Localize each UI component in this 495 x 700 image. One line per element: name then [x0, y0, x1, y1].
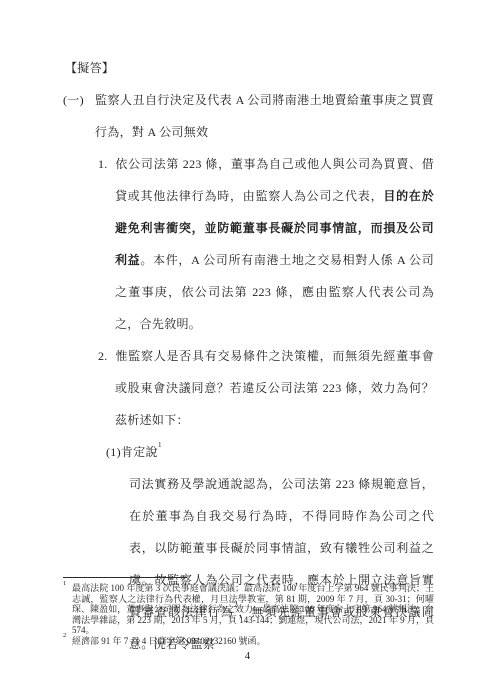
subsection-label: (1)	[106, 436, 121, 468]
footnote-1: 1最高法院 100 年度第 3 次民事庭會議決議；最高法院 100 年度台上字第…	[63, 583, 434, 636]
footnote-2: 2經濟部 91 年 7 月 4 日商字第 09102132160 號函。	[63, 636, 434, 647]
answer-title: 【擬答】	[65, 52, 434, 84]
item-2-text: 惟監察人是否具有交易條件之決策權，而無須先經董事會或股東會決議同意？若違反公司法…	[115, 349, 434, 427]
item-1-number: 1.	[98, 148, 115, 180]
section-heading: (一)監察人丑自行決定及代表 A 公司將南港土地賣給董事庚之買賣行為，對 A 公…	[63, 84, 434, 148]
subsection-title: 肯定說	[121, 445, 158, 459]
page-number: 4	[0, 651, 495, 662]
footnote-separator	[63, 577, 187, 578]
subsection-heading: (1)肯定說1	[106, 436, 434, 468]
section-heading-text: 監察人丑自行決定及代表 A 公司將南港土地賣給董事庚之買賣行為，對 A 公司無效	[95, 93, 434, 139]
item-1-text-post: 。本件，A 公司所有南港土地之交易相對人係 A 公司之董事庚，依公司法第 223…	[115, 253, 434, 331]
footnote-ref-1: 1	[158, 440, 162, 449]
numbered-item-2: 2.惟監察人是否具有交易條件之決策權，而無須先經董事會或股東會決議同意？若違反公…	[63, 340, 434, 436]
document-body: 【擬答】 (一)監察人丑自行決定及代表 A 公司將南港土地賣給董事庚之買賣行為，…	[63, 52, 434, 660]
item-2-number: 2.	[98, 340, 115, 372]
footnote-2-text: 經濟部 91 年 7 月 4 日商字第 09102132160 號函。	[72, 636, 266, 646]
numbered-item-1: 1.依公司法第 223 條，董事為自己或他人與公司為買賣、借貸或其他法律行為時，…	[63, 148, 434, 340]
footnotes-area: 1最高法院 100 年度第 3 次民事庭會議決議；最高法院 100 年度台上字第…	[63, 577, 434, 646]
footnote-1-text: 最高法院 100 年度第 3 次民事庭會議決議；最高法院 100 年度台上字第 …	[72, 583, 434, 635]
document-page: 【擬答】 (一)監察人丑自行決定及代表 A 公司將南港土地賣給董事庚之買賣行為，…	[0, 0, 495, 700]
section-label: (一)	[63, 84, 95, 116]
